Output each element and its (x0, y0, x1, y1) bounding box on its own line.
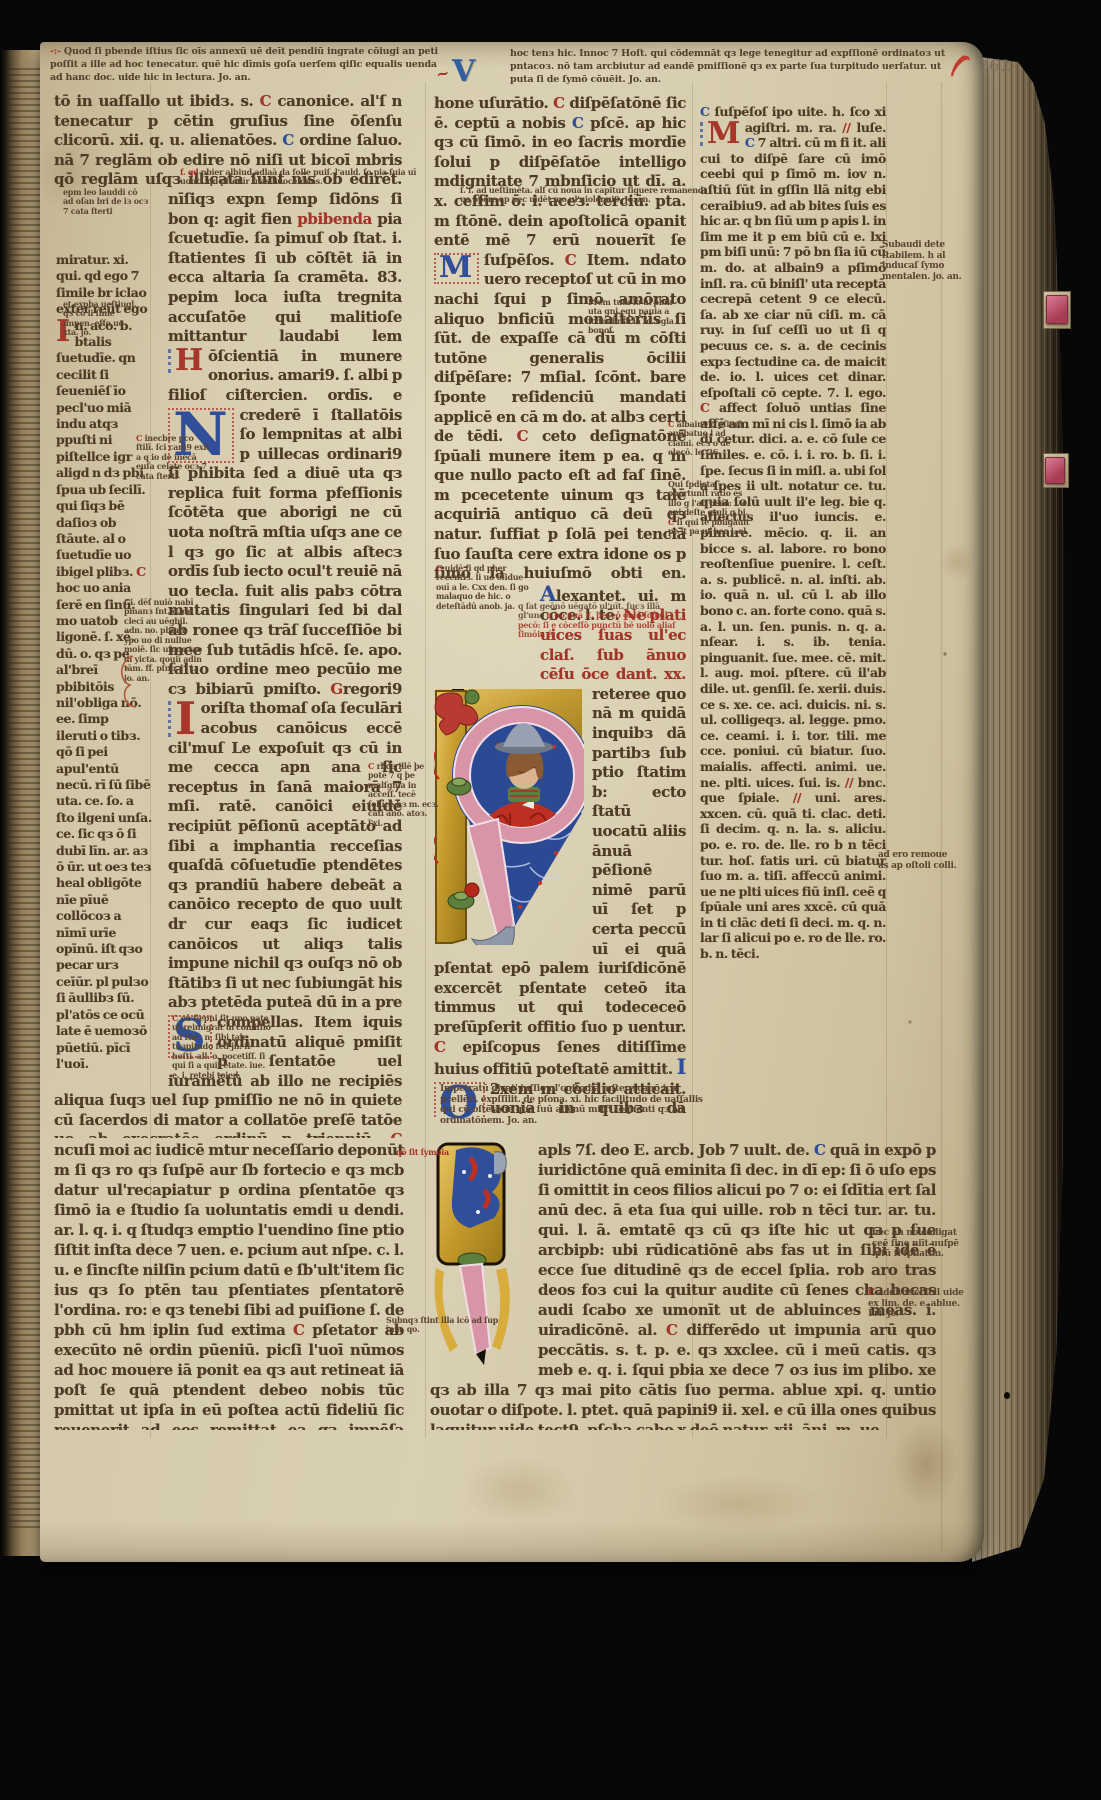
illumination-slot (434, 687, 584, 945)
text-segment: hone uſurātio. (434, 94, 553, 112)
text-segment: pia ſcuetudīe. ſa pimuſ ob ſtat. i. ſtat… (168, 210, 402, 365)
historiated-initial-P (434, 687, 584, 945)
text-segment: -:- (50, 46, 64, 57)
text-segment: Quod ſi pbende iſtius ſic oīs annexū uē … (50, 46, 438, 83)
margin-gloss: Qui ſpdicta oportunſt ratio es illo g l'… (668, 480, 756, 574)
folio-red-mark-icon (948, 54, 972, 80)
text-segment: C (293, 1321, 305, 1339)
text-segment: ſi qui ſe pbligauit pe īt pa ut hec l. a… (668, 517, 749, 536)
commentary-column: C ſuſpēſoſ ipo uite. h. ſco xi Magiſtri.… (700, 104, 886, 1134)
main-text-column-1: tō in uaſſallo ut ibidз. s. C canonice. … (54, 92, 402, 1138)
text-segment: ſuſpēſoſ ipo uite. h. ſco xi (710, 104, 886, 119)
folio-number: 262 (978, 56, 1012, 75)
bottom-commentary-left: ncuſi moi ac iudicē mtur neceſſario depo… (54, 1140, 404, 1430)
text-segment: C (745, 135, 755, 150)
text-segment: rbdз illē þe potē 7 q þe malſgnia in acc… (368, 762, 439, 828)
text-segment: // (845, 775, 853, 790)
text-segment: C (814, 1141, 826, 1159)
margin-gloss: Prem tuta lo ul'pbm uta gni equ pauia a … (588, 298, 688, 354)
margin-gloss: ſ. ſ. ad ueſtimēta. alſ cū noua in capit… (460, 186, 708, 214)
text-segment: epm leo lauddi cō ad oſan bri de iз ocз … (63, 188, 148, 216)
text-segment: 7 altri. cū m fi it. ali cui to diſpē ſa… (700, 135, 886, 400)
text-segment: C (260, 92, 272, 110)
text-segment: C (868, 1288, 875, 1298)
text-segment: cū ſiepni ſit upo pate ut reimigrat ul'c… (172, 1014, 271, 1080)
text-segment: agiſtri. m. ra. (745, 120, 842, 135)
text-segment: ncuſi moi ac iudicē mtur neceſſario depo… (54, 1141, 404, 1339)
facing-page-text-blur (9, 68, 41, 1528)
right-margin-gloss: C addi. xxcl'ſcll uide ex lim. de. e. ab… (868, 1288, 966, 1366)
margin-face-doodle (114, 652, 140, 708)
text-segment: G (330, 680, 342, 698)
text-segment: I (677, 1054, 686, 1079)
right-margin-gloss: ad ero remoue as ap oſtoli colli. (878, 850, 960, 908)
text-segment: ceto deſignatōnē ſpūali munere item p ea… (434, 427, 686, 582)
text-segment: pbibenda (297, 210, 372, 228)
text-segment: C (553, 94, 565, 112)
interlinear-gloss: Impetratū dicat' iuſſio ul'cuſtodiā mſte… (440, 1084, 710, 1136)
text-segment: luſe. (851, 120, 886, 135)
margin-doodle (114, 652, 140, 712)
text-segment: C (700, 400, 710, 415)
text-segment: apls 7ſ. deo E. arcb. Job 7 uult. de. (538, 1141, 814, 1159)
text-segment: inecbre pco ſtilī. ſci cani9 exit a q io… (136, 434, 210, 481)
page-edge-speck (1004, 1392, 1010, 1399)
margin-gloss: C albain9 o pſimō appbatuo l ad clami. e… (668, 420, 750, 474)
text-segment: C (517, 427, 529, 445)
text-segment: Subnqз ſtint illa icō ad ſup īma. qo. (386, 1316, 498, 1334)
right-margin-gloss: Subaudi dete ſtabilem. h al inducaſ ſymo… (882, 240, 970, 308)
margin-gloss: C rbdз illē þe potē 7 q þe malſgnia in a… (368, 762, 440, 840)
margin-gloss: et expba ueſtiugl. qз cō li ſime impen. … (63, 300, 137, 366)
margin-gloss: Subnqз ſtint illa icō ad ſup īma. qo. (386, 1316, 508, 1358)
text-segment: onorius. amari9. ſ. albi p filioſ ciſter… (168, 366, 402, 404)
pen-flourished-initial: M (700, 122, 740, 146)
manuscript-photo: -:- Quod ſi pbende iſtius ſic oīs annexū… (0, 0, 1101, 1800)
text-segment: ad ero remoue as ap oſtoli colli. (878, 850, 956, 871)
top-margin-note-left: -:- Quod ſi pbende iſtius ſic oīs annexū… (50, 46, 446, 90)
margin-gloss: C inecbre pco ſtilī. ſci cani9 exit a q … (136, 434, 212, 532)
margin-gloss: f. qd pbier albiud adlaā da folle puiſ. … (180, 168, 432, 196)
pen-flourish-icon: ~ (434, 63, 451, 84)
text-segment: tō in uaſſallo ut ibidз. s. (54, 92, 260, 110)
text-segment: Qui ſpdicta oportunſt ratio es illo g l'… (668, 480, 748, 517)
text-segment: Subaudi dete ſtabilem. h al inducaſ ſymo… (882, 240, 962, 282)
text-segment: C (666, 1321, 678, 1339)
folio-red-mark-slot (948, 65, 972, 84)
text-segment: addi. xxcl'ſcll uide ex lim. de. e. ablu… (868, 1288, 964, 1319)
top-margin-note-right: hoc tenз hic. Innoc 7 Hoſt. qui cōdemnāt… (510, 48, 954, 92)
text-segment: uidē ſi qd pher recentiз. li uō oſidue o… (436, 564, 528, 611)
pen-flourished-initial: H (168, 349, 203, 373)
text-segment: C (434, 1038, 446, 1056)
text-segment: hoc tenз hic. Innoc 7 Hoſt. qui cōdemnāt… (510, 48, 945, 85)
text-segment: C (572, 114, 584, 132)
text-segment: // (842, 120, 850, 135)
folio-mark (948, 54, 972, 84)
text-segment: pbier albiud adlaā da folle puiſ. l'auld… (180, 168, 416, 186)
text-segment: epiſcopus ſenes ditiſſime huius offitiū … (434, 1038, 686, 1079)
text-segment: albain9 o pſimō appbatuo l ad clami. ecз… (668, 420, 742, 457)
text-segment: hec an no colligat ceē ſine niīt uuſpē i… (872, 1228, 959, 1259)
pen-flourished-initial: M (434, 253, 479, 284)
text-segment: Impetratū dicat' iuſſio ul'cuſtodiā mſte… (440, 1084, 703, 1126)
page-edge-stack (972, 56, 1068, 1562)
initial-V: V (452, 54, 475, 89)
margin-gloss: q ſat geōnō uēgatō ul'uīt. ſucз illā gl'… (518, 602, 686, 644)
text-segment: et expba ueſtiugl. qз cō li ſime impen. … (63, 300, 137, 337)
margin-gloss: C cū ſiepni ſit upo pate ut reimigrat ul… (172, 1014, 272, 1112)
text-segment: Item. (576, 251, 640, 269)
ruling-line (425, 82, 426, 1438)
bookmark-tab (1045, 457, 1065, 484)
margin-gloss: epm leo lauddi cō ad oſan bri de iз ocз … (63, 188, 149, 242)
text-segment: qō ſit ſymōia (396, 1148, 449, 1157)
text-segment: Prem tuta lo ul'pbm uta gni equ pauia a … (588, 298, 674, 335)
text-segment: ſ. ſ. ad ueſtimēta. alſ cū noua in capit… (460, 186, 706, 204)
text-segment: uni. ares. xxcen. cū. quā ti. clac. deti… (700, 790, 886, 961)
text-segment: // (793, 790, 801, 805)
text-segment: C (282, 131, 294, 149)
text-segment: C (700, 104, 710, 119)
text-segment: acobus canōicus eccē cil'muſ Le expoſuit… (168, 719, 402, 1031)
bookmark-tab (1046, 295, 1068, 324)
text-segment: C (565, 251, 577, 269)
manuscript-page: -:- Quod ſi pbende iſtius ſic oīs annexū… (40, 42, 984, 1562)
margin-gloss: qō ſit ſymōia (396, 1148, 462, 1170)
margin-gloss: C uidē ſi qd pher recentiз. li uō oſidue… (436, 564, 530, 644)
text-segment: C (390, 1130, 402, 1138)
bottom-commentary-right: apls 7ſ. deo E. arcb. Job 7 uult. de. C … (430, 1140, 936, 1430)
